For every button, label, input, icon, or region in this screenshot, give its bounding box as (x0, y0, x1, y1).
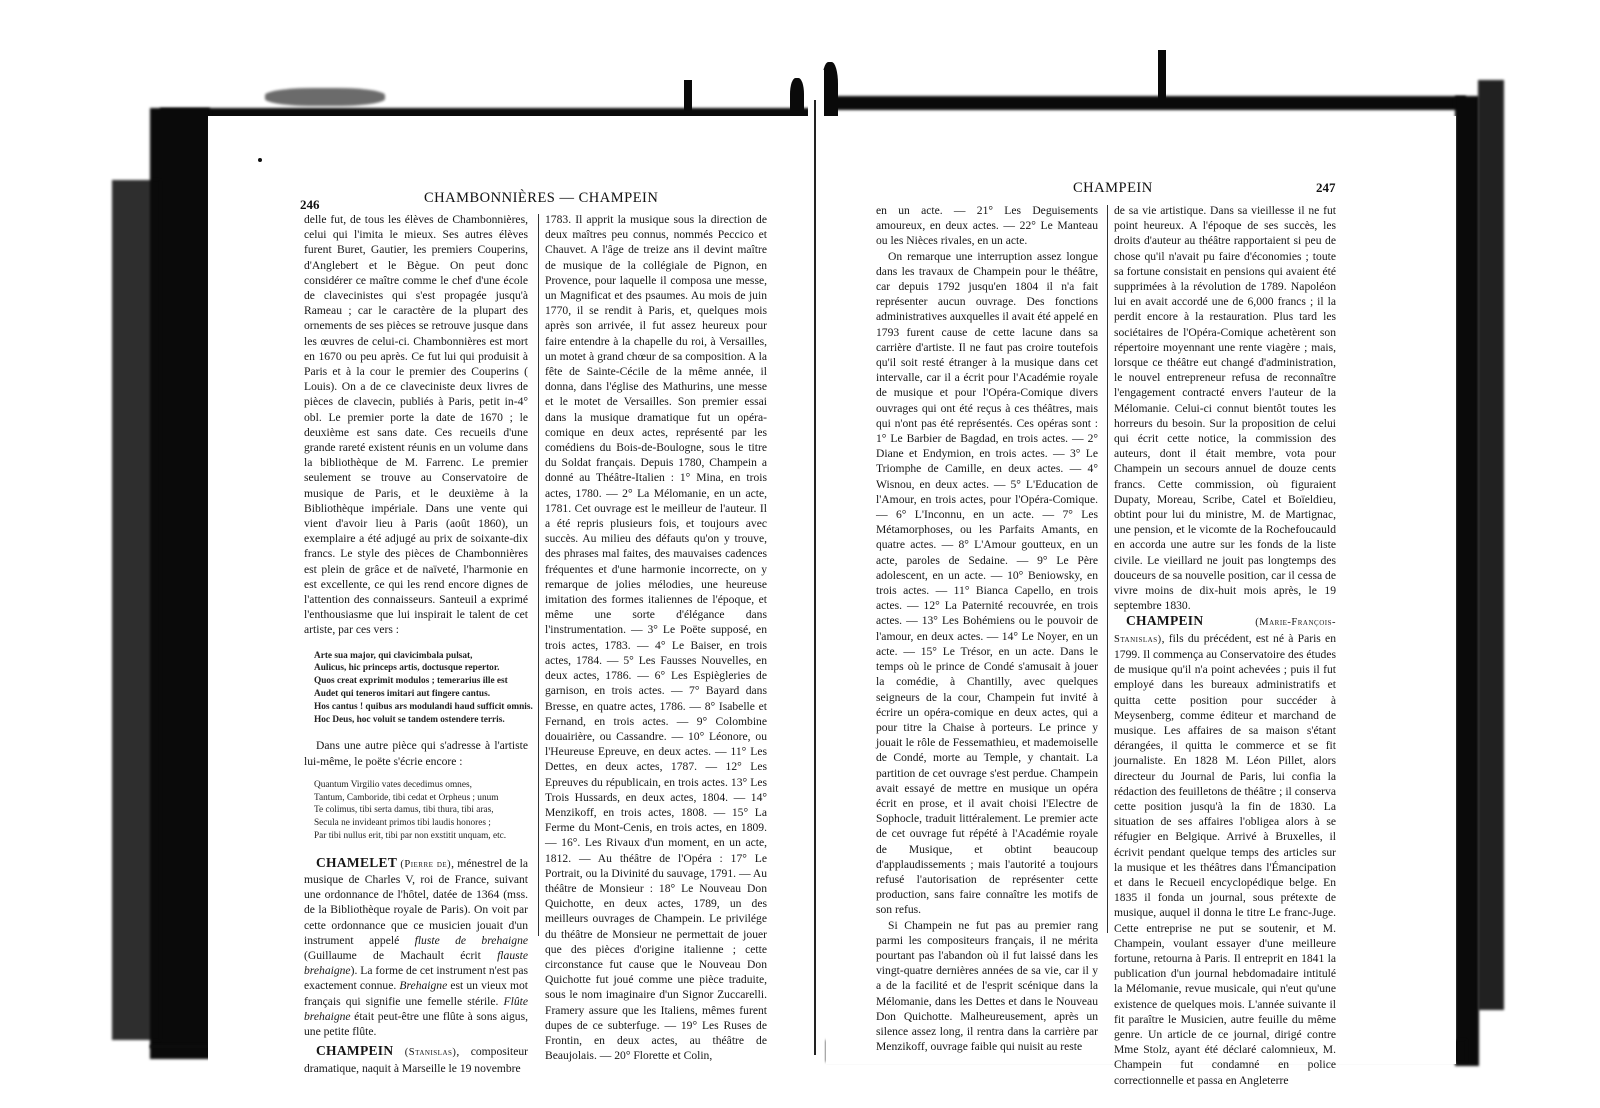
paragraph: Dans une autre pièce qui s'adresse à l'a… (304, 738, 528, 768)
clip-mark-4 (1158, 50, 1166, 100)
clip-mark-3 (822, 62, 838, 116)
paragraph: delle fut, de tous les élèves de Chambon… (304, 212, 528, 638)
scan-edge-right (1455, 96, 1479, 1066)
right-running-head: CHAMPEIN (1073, 180, 1153, 197)
scan-smudge-top (265, 88, 385, 106)
verse-line: Secula ne invideant primos tibi laudis h… (314, 817, 528, 830)
latin-verse-2: Quantum Virgilio vates decedimus omnes, … (314, 779, 528, 843)
verse-line: Audet qui teneros imitari aut fingere ca… (314, 688, 528, 701)
right-column-3: en un acte. — 21° Les Deguisements amour… (876, 203, 1098, 1054)
gutter-line (814, 100, 816, 1055)
left-running-head: CHAMBONNIÈRES — CHAMPEIN (424, 190, 658, 207)
scan-edge-right-outer (1478, 80, 1504, 1010)
italic-term: Brehaigne (399, 979, 447, 992)
verse-line: Quos creat exprimit modulos ; temerarius… (314, 675, 528, 688)
headword-name: (Stanislas) (405, 1047, 457, 1058)
verse-line: Par tibi nullus erit, tibi par non exsti… (314, 830, 528, 843)
entry-champein: CHAMPEIN (Stanislas), compositeur dramat… (304, 1043, 528, 1075)
verse-line: Quantum Virgilio vates decedimus omnes, (314, 779, 528, 792)
scan-edge-top-right (826, 96, 1466, 110)
entry-text: , fils du précédent, est né à Paris en 1… (1114, 632, 1336, 1087)
latin-verse-1: Arte sua major, qui clavicimbala pulsat,… (314, 650, 528, 727)
column-rule-right (1107, 205, 1108, 933)
paragraph: Si Champein ne fut pas au premier rang p… (876, 918, 1098, 1055)
verse-line: Aulicus, hic princeps artis, doctusque r… (314, 662, 528, 675)
verse-line: Hoc Deus, hoc voluit se tandem ostendere… (314, 714, 528, 727)
headword: CHAMPEIN (316, 1043, 393, 1058)
verse-line: Tantum, Camboride, tibi cedat et Orpheus… (314, 792, 528, 805)
right-column-4: de sa vie artistique. Dans sa vieillesse… (1114, 203, 1336, 1088)
entry-chamelet: CHAMELET (Pierre de), ménestrel de la mu… (304, 855, 528, 1039)
left-folio: 246 (300, 197, 320, 213)
paragraph: de sa vie artistique. Dans sa vieillesse… (1114, 203, 1336, 613)
paragraph: en un acte. — 21° Les Deguisements amour… (876, 203, 1098, 249)
ink-spot (258, 158, 262, 162)
clip-mark-1 (684, 80, 692, 114)
clip-mark-2 (790, 78, 804, 118)
italic-term: fluste de brehaigne (415, 934, 528, 947)
headword: CHAMPEIN (1126, 613, 1203, 628)
headword: CHAMELET (316, 855, 397, 870)
column-rule-left (538, 214, 539, 936)
verse-line: Te colimus, tibi serta damus, tibi thura… (314, 804, 528, 817)
scan-edge-left-outer (112, 180, 160, 1040)
entry-champein-2: CHAMPEIN (Marie-François-Stanislas), fil… (1114, 613, 1336, 1087)
paragraph: On remarque une interruption assez longu… (876, 249, 1098, 918)
left-column-1: delle fut, de tous les élèves de Chambon… (304, 212, 528, 1076)
book-gutter (808, 70, 824, 1070)
left-column-2: 1783. Il apprit la musique sous la direc… (545, 212, 767, 1063)
verse-line: Hos cantus ! quibus ars modulandi haud s… (314, 701, 528, 714)
entry-text: (Guillaume de Machault écrit (304, 949, 497, 962)
paragraph: 1783. Il apprit la musique sous la direc… (545, 212, 767, 1063)
verse-line: Arte sua major, qui clavicimbala pulsat, (314, 650, 528, 663)
headword-name: (Pierre de) (400, 859, 451, 870)
right-folio: 247 (1316, 180, 1336, 196)
